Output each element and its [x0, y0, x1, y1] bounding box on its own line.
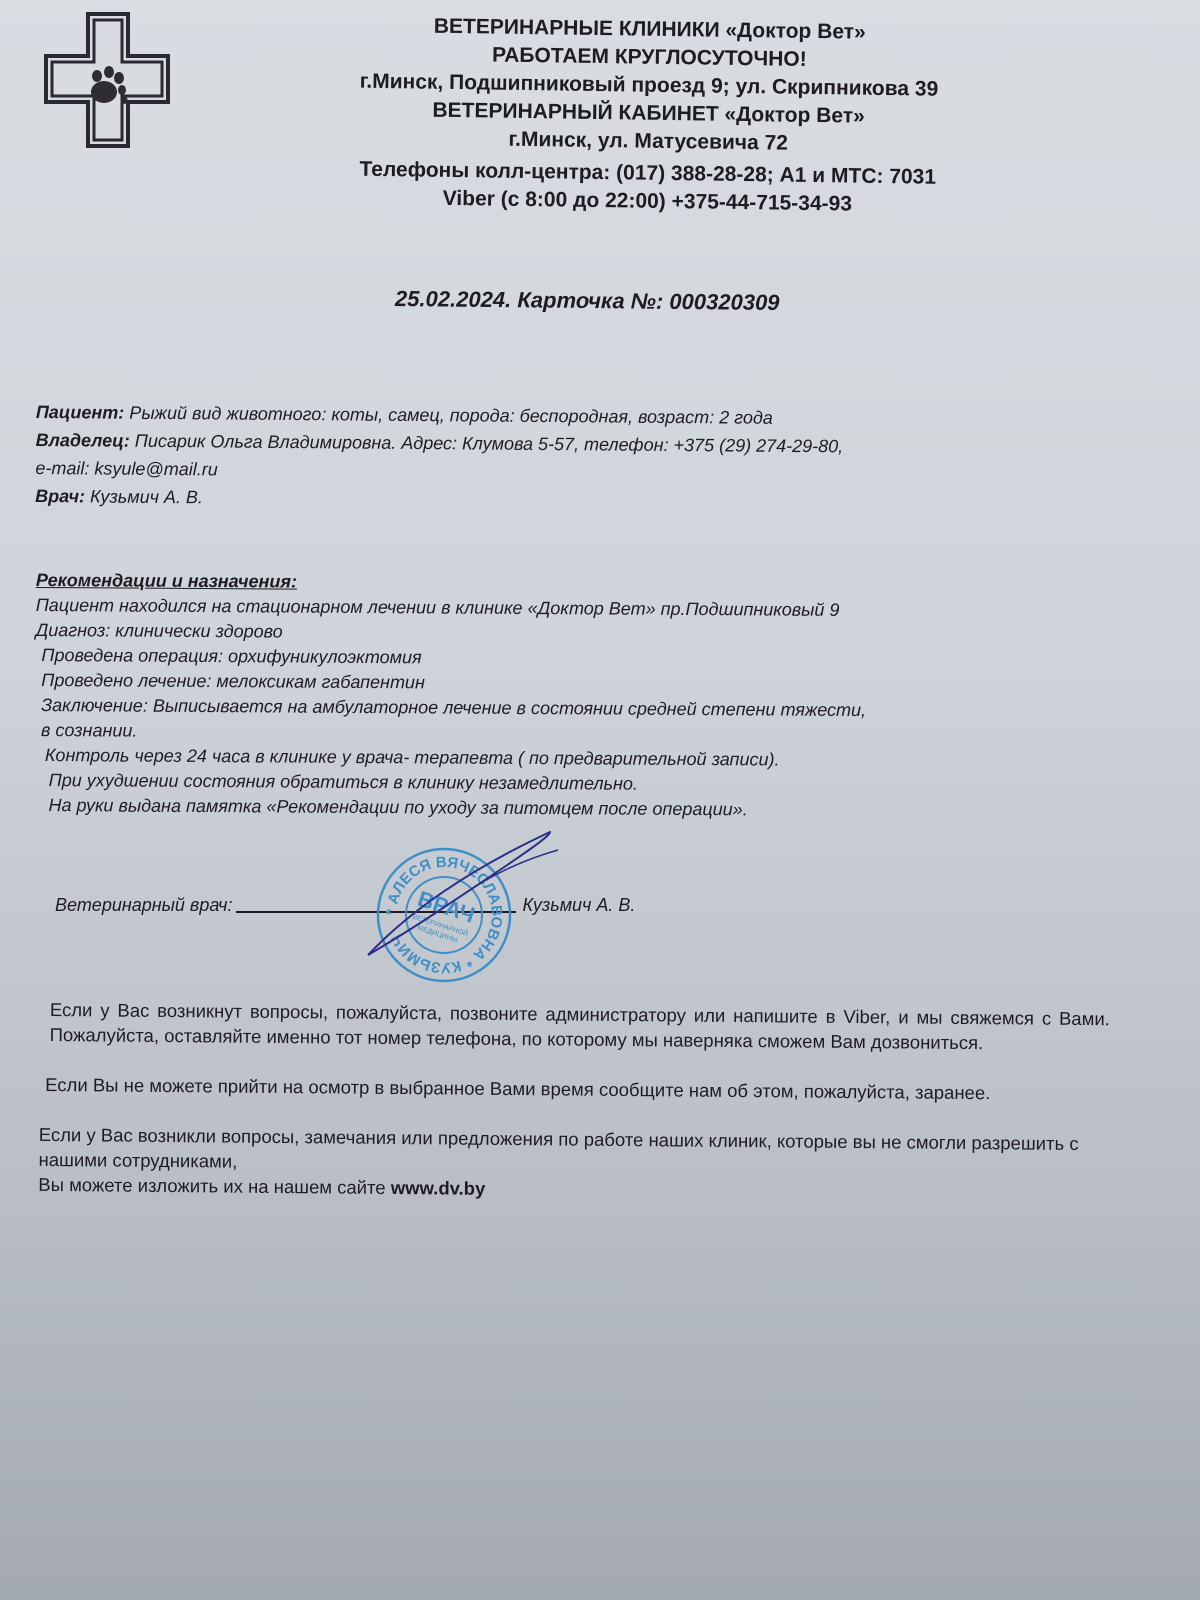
doctor-label: Врач:: [35, 486, 85, 506]
notes-contact: Если у Вас возникнут вопросы, пожалуйста…: [50, 997, 1110, 1056]
notes: Если у Вас возникнут вопросы, пожалуйста…: [48, 997, 1110, 1231]
card-title: 25.02.2024. Карточка №: 000320309: [395, 286, 780, 316]
notes-reschedule: Если Вы не можете прийти на осмотр в выб…: [45, 1072, 1109, 1106]
patient-label: Пациент:: [36, 402, 125, 423]
patient-info: Пациент: Рыжий вид животного: коты, саме…: [35, 398, 1156, 519]
clinic-header: ВЕТЕРИНАРНЫЕ КЛИНИКИ «Доктор Вет» РАБОТА…: [237, 10, 1060, 221]
feedback-line-1: Если у Вас возникли вопросы, замечания и…: [38, 1124, 1078, 1172]
recommendations: Рекомендации и назначения: Пациент наход…: [34, 568, 1156, 825]
doctor-stamp-icon: * АЛЕСЯ ВЯЧЕСЛАВОВНА * КУЗЬМИЧ ВРАЧ ВЕТЕ…: [320, 830, 560, 1000]
owner-value: Писарик Ольга Владимировна. Адрес: Клумо…: [130, 431, 844, 457]
doctor-value: Кузьмич А. В.: [85, 486, 203, 507]
document-page: ВЕТЕРИНАРНЫЕ КЛИНИКИ «Доктор Вет» РАБОТА…: [0, 0, 1200, 1600]
owner-label: Владелец:: [36, 430, 130, 451]
feedback-line-2: Вы можете изложить их на нашем сайте: [38, 1174, 391, 1198]
patient-value: Рыжий вид животного: коты, самец, порода…: [124, 403, 773, 428]
cross-paw-icon: [40, 10, 170, 150]
website-link[interactable]: www.dv.by: [391, 1177, 486, 1199]
signature-label: Ветеринарный врач:: [55, 895, 232, 916]
notes-feedback: Если у Вас возникли вопросы, замечания и…: [38, 1122, 1109, 1206]
